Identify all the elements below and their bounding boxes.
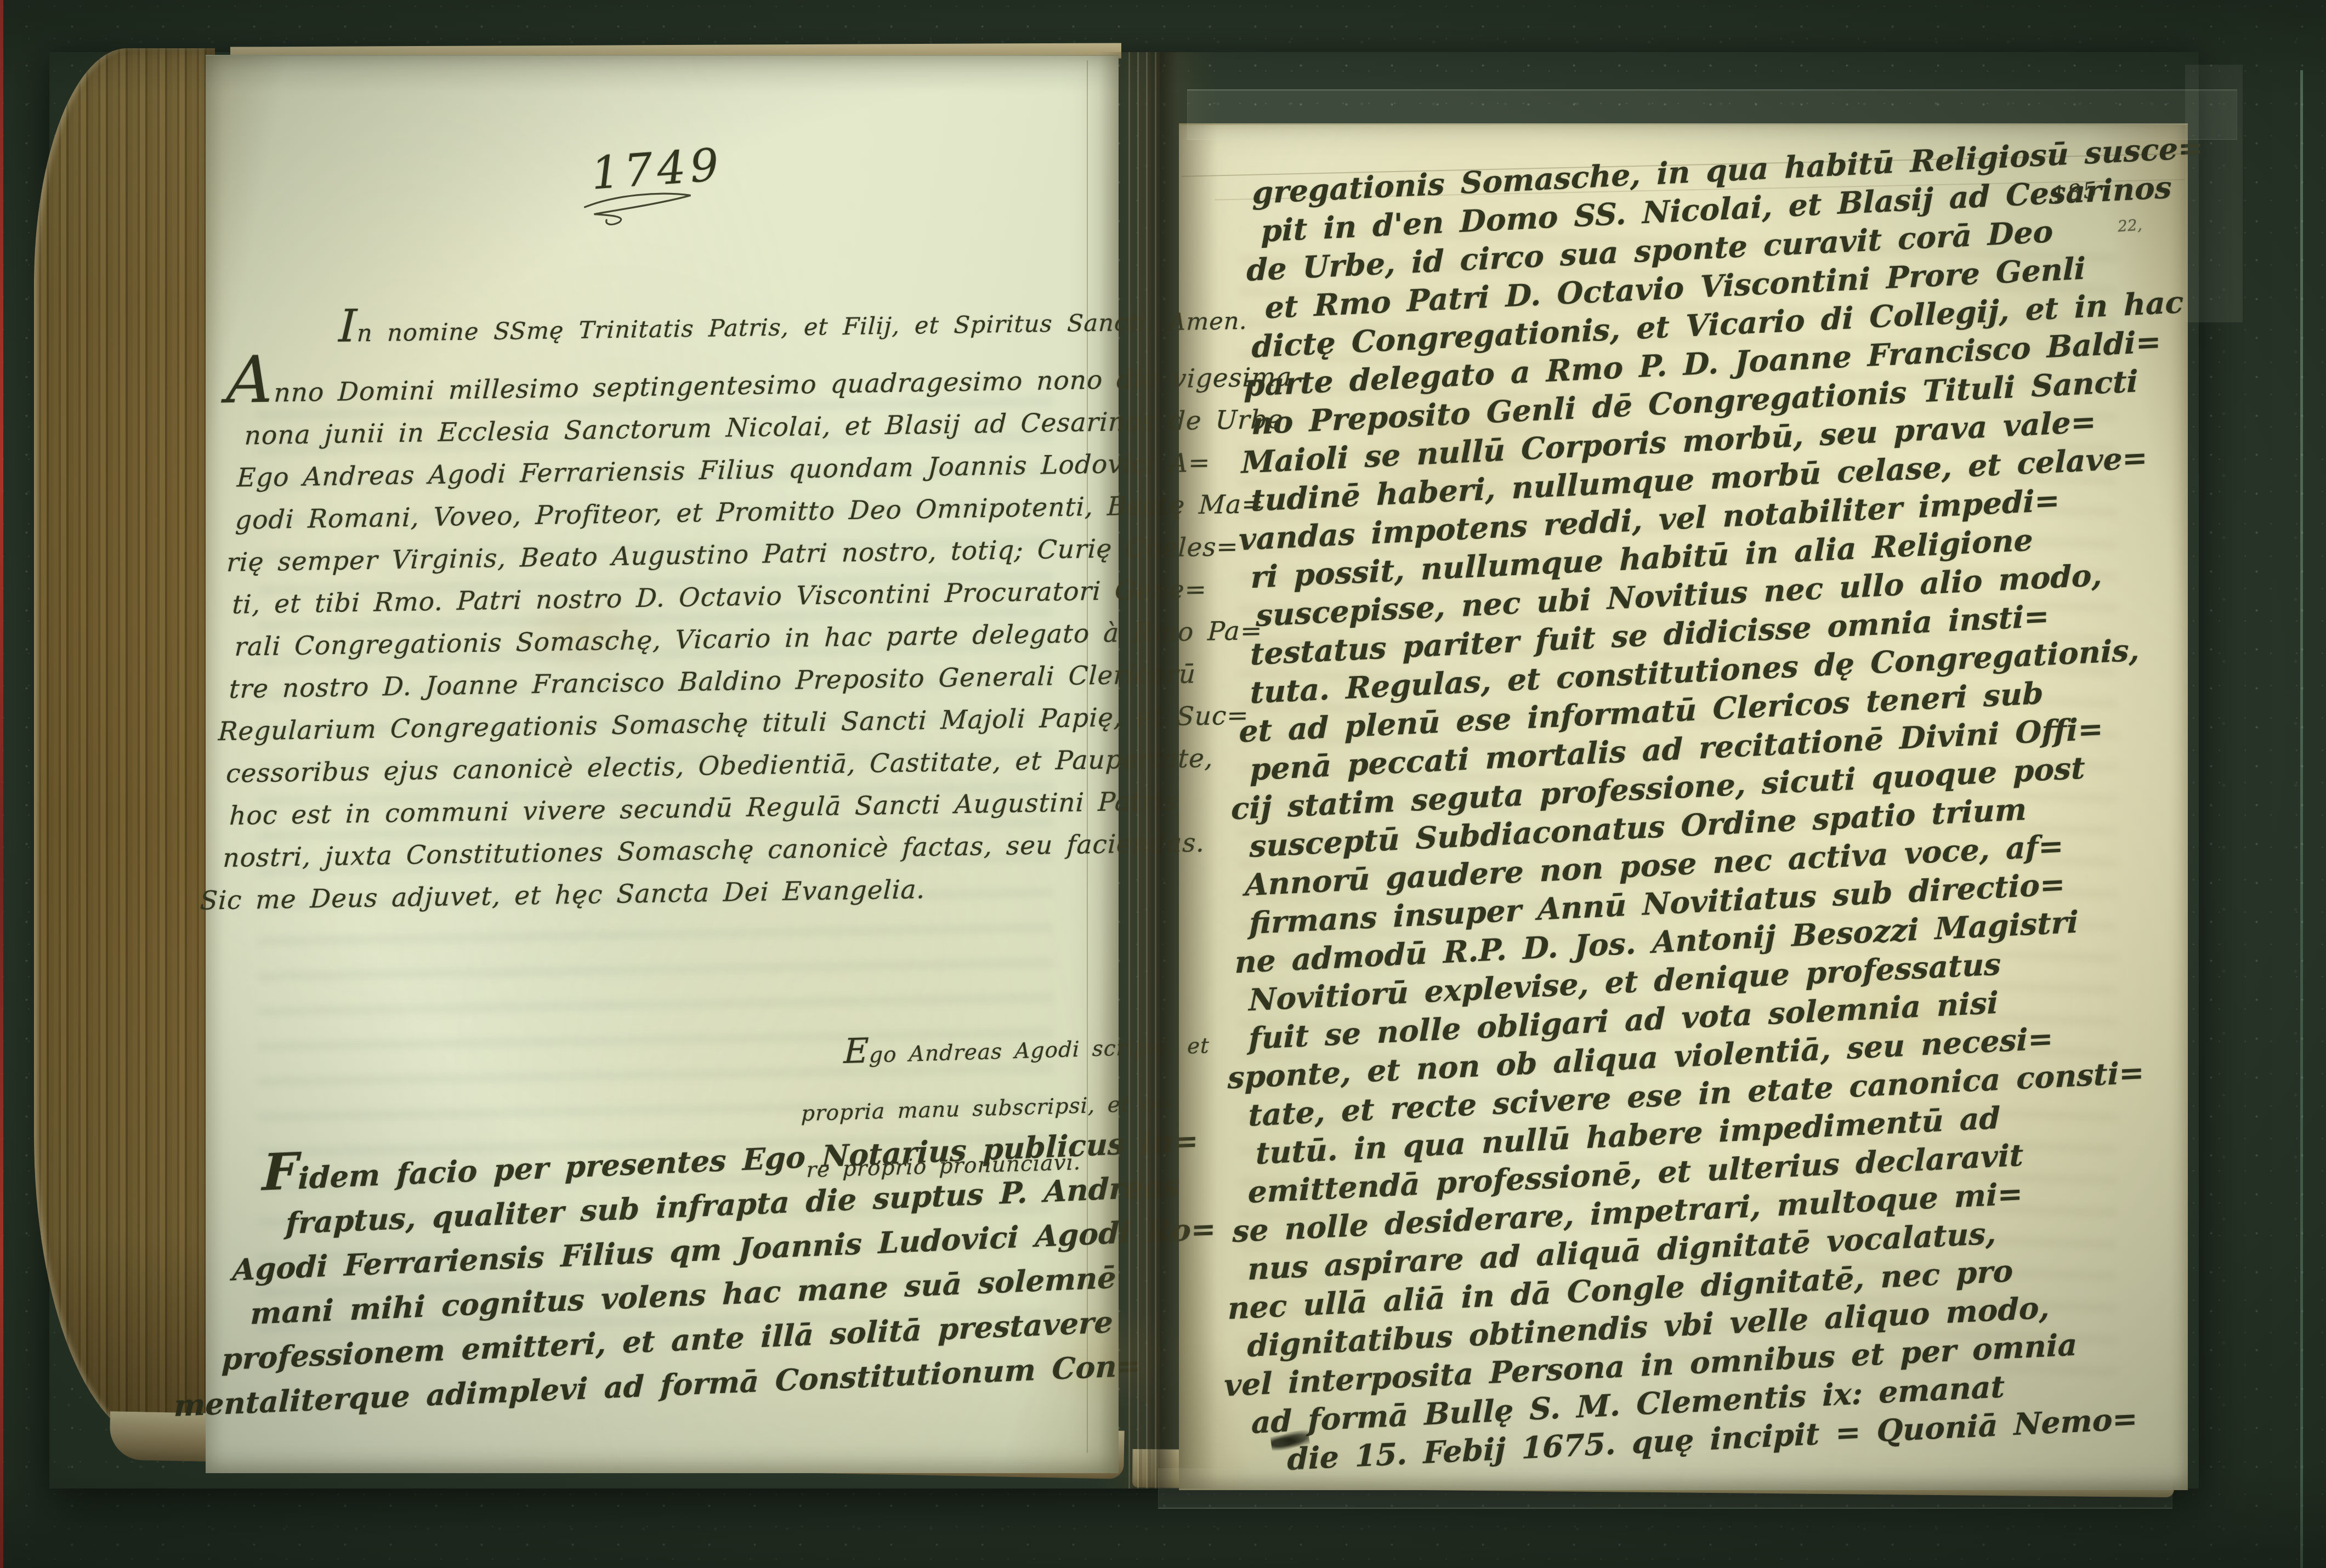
year-text: 1749 [589,139,725,200]
transparent-film-top [1187,89,2237,140]
transparent-film-right-edge [2300,70,2303,1568]
transparent-film-bottom [1158,1468,2172,1509]
photo-stage: 1749 In nomine SSmę Trinitatis Patris, e… [0,0,2326,1568]
transparent-film-corner [2185,65,2243,322]
right-page-text: gregationis Somasche, in qua habitū Reli… [1238,128,2204,1481]
year-heading: 1749 [589,139,727,230]
corner-text-fragment: 22, [2117,215,2143,235]
gutter-page-edges [1128,52,1161,1489]
scan-edge-stripe [0,0,3,1568]
notary-paragraph: Fidem facio per presentes Ego Notarius p… [173,1111,1219,1428]
